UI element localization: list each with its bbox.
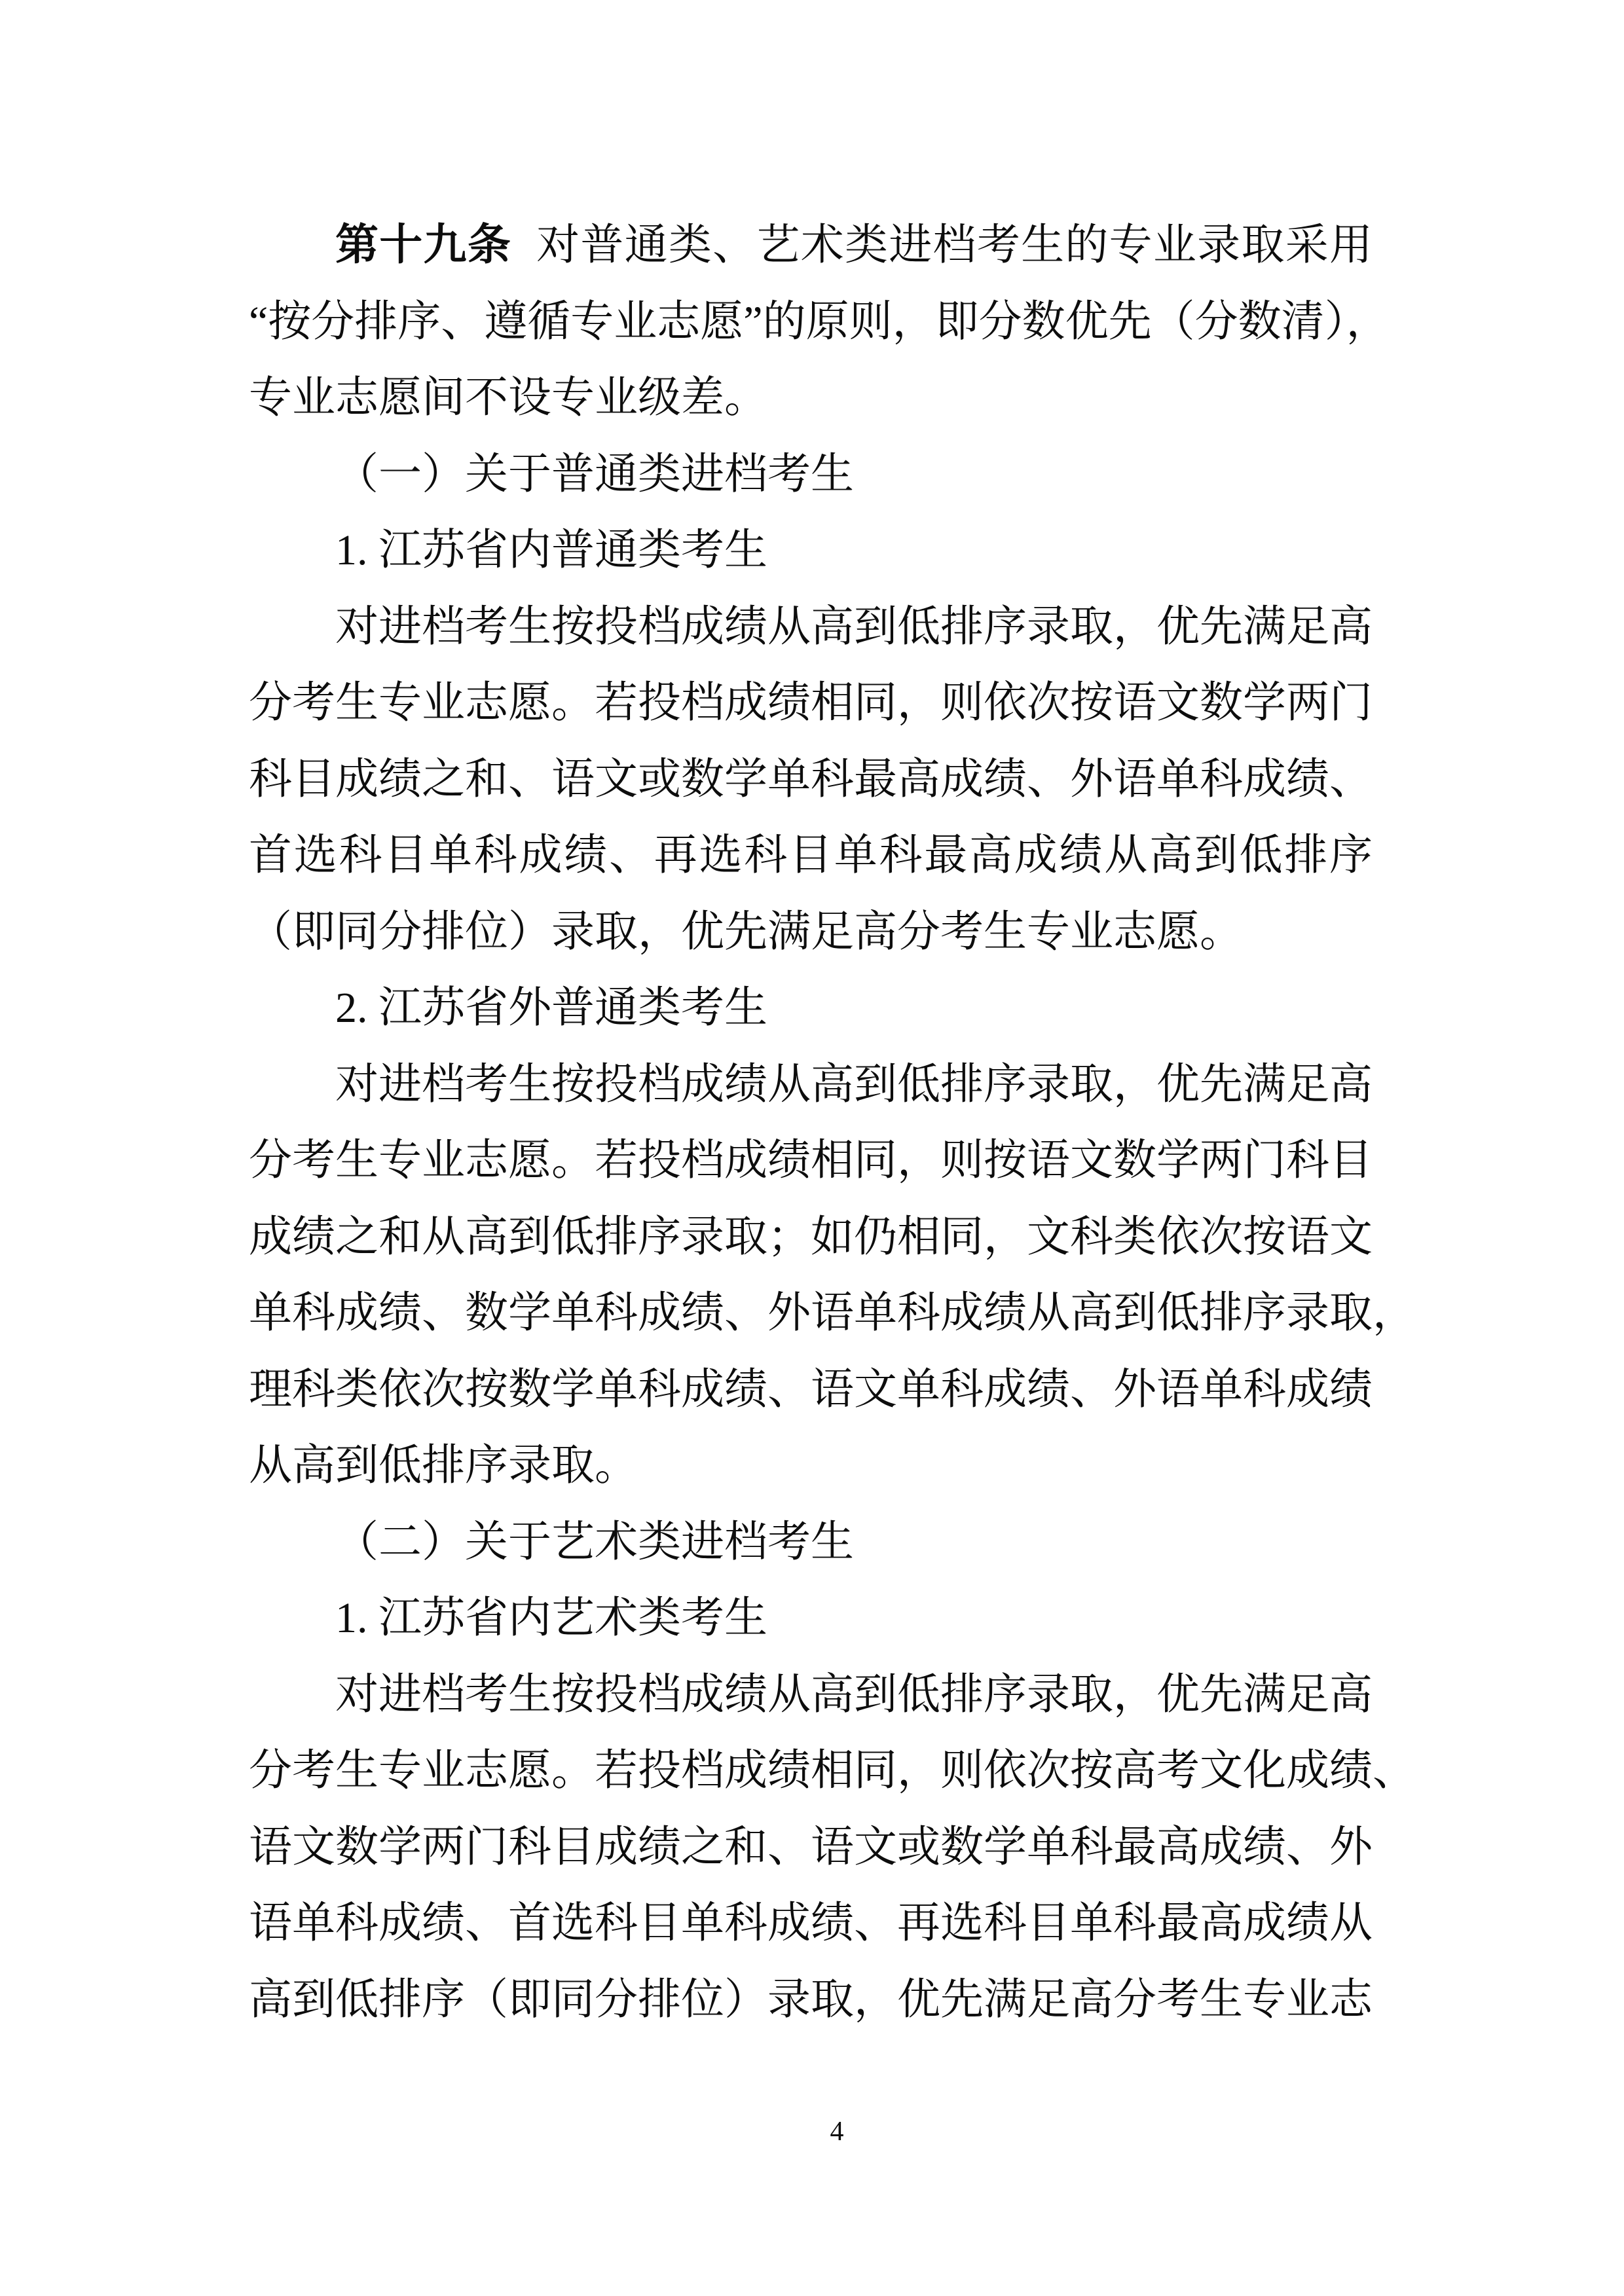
text-line: 高到低排序（即同分排位）录取，优先满足高分考生专业志 bbox=[249, 1962, 1373, 2039]
text-line: 分考生专业志愿。若投档成绩相同，则依次按高考文化成绩、 bbox=[249, 1733, 1373, 1810]
text-line: （即同分排位）录取，优先满足高分考生专业志愿。 bbox=[249, 894, 1373, 971]
text-line: 理科类依次按数学单科成绩、语文单科成绩、外语单科成绩 bbox=[249, 1352, 1373, 1429]
text-line: 分考生专业志愿。若投档成绩相同，则按语文数学两门科目 bbox=[249, 1123, 1373, 1199]
page-number: 4 bbox=[249, 2117, 1425, 2147]
subsection-heading: 1. 江苏省内普通类考生 bbox=[249, 513, 1373, 589]
document-page: 第十九条对普通类、艺术类进档考生的专业录取采用 “按分排序、遵循专业志愿”的原则… bbox=[0, 0, 1624, 2296]
text-line: 单科成绩、数学单科成绩、外语单科成绩从高到低排序录取， bbox=[249, 1275, 1373, 1352]
text-line: 从高到低排序录取。 bbox=[249, 1428, 1373, 1504]
text-line: “按分排序、遵循专业志愿”的原则，即分数优先（分数清）， bbox=[249, 284, 1373, 361]
article-number: 第十九条 bbox=[335, 221, 511, 269]
text-line: 第十九条对普通类、艺术类进档考生的专业录取采用 bbox=[249, 208, 1373, 284]
text-line: 成绩之和从高到低排序录取；如仍相同，文科类依次按语文 bbox=[249, 1199, 1373, 1276]
text-line: 语文数学两门科目成绩之和、语文或数学单科最高成绩、外 bbox=[249, 1810, 1373, 1886]
text-line: 首选科目单科成绩、再选科目单科最高成绩从高到低排序 bbox=[249, 818, 1373, 894]
text-line: 语单科成绩、首选科目单科成绩、再选科目单科最高成绩从 bbox=[249, 1886, 1373, 1962]
section-heading-1: （一）关于普通类进档考生 bbox=[249, 437, 1373, 513]
document-body: 第十九条对普通类、艺术类进档考生的专业录取采用 “按分排序、遵循专业志愿”的原则… bbox=[249, 208, 1373, 2038]
article-intro-text: 对普通类、艺术类进档考生的专业录取采用 bbox=[536, 221, 1373, 269]
subsection-heading: 2. 江苏省外普通类考生 bbox=[249, 970, 1373, 1047]
text-line: 对进档考生按投档成绩从高到低排序录取，优先满足高 bbox=[249, 589, 1373, 666]
text-line: 专业志愿间不设专业级差。 bbox=[249, 360, 1373, 437]
text-line: 对进档考生按投档成绩从高到低排序录取，优先满足高 bbox=[249, 1657, 1373, 1734]
text-line: 科目成绩之和、语文或数学单科最高成绩、外语单科成绩、 bbox=[249, 742, 1373, 818]
text-line: 对进档考生按投档成绩从高到低排序录取，优先满足高 bbox=[249, 1047, 1373, 1123]
text-line: 分考生专业志愿。若投档成绩相同，则依次按语文数学两门 bbox=[249, 665, 1373, 742]
subsection-heading: 1. 江苏省内艺术类考生 bbox=[249, 1580, 1373, 1657]
section-heading-2: （二）关于艺术类进档考生 bbox=[249, 1504, 1373, 1581]
